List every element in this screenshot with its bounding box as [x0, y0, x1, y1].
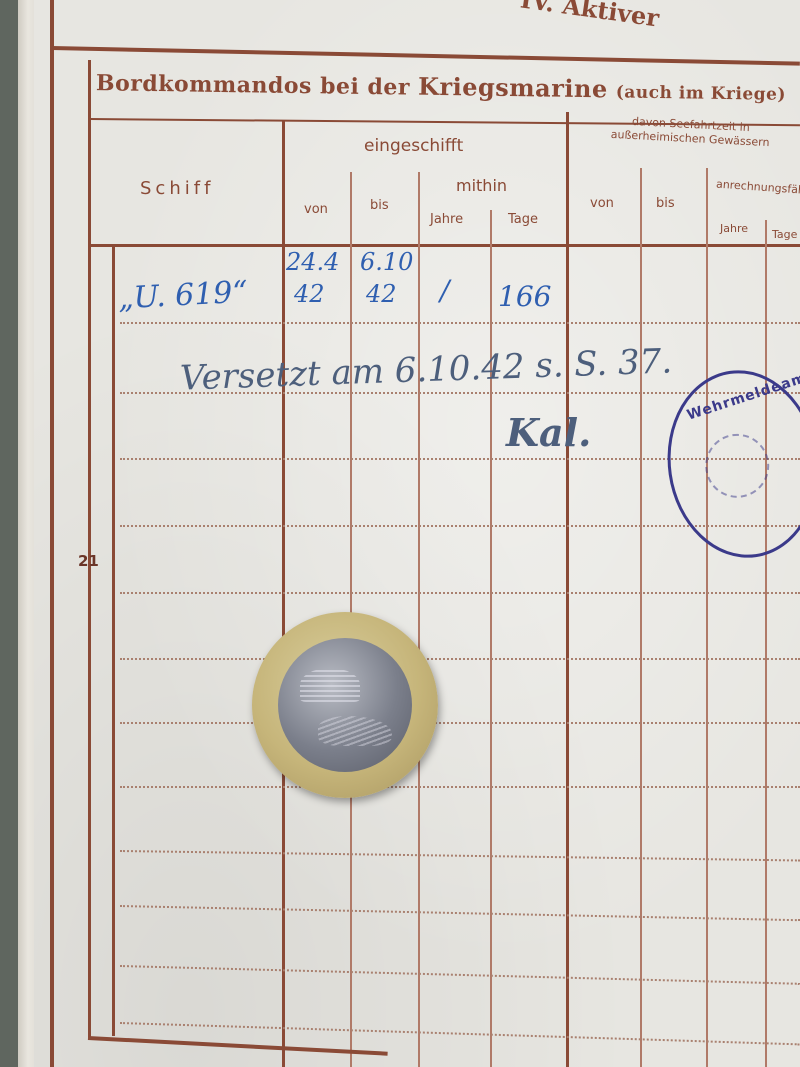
col-line-fw-from — [640, 168, 642, 1067]
header-fw-days: Tage — [772, 228, 797, 241]
title-part3: (auch im Kriege) — [616, 82, 786, 104]
row-line — [120, 786, 800, 788]
row-line — [120, 722, 800, 724]
header-embarked: eingeschifft — [364, 136, 463, 156]
header-fw-from: von — [590, 196, 614, 211]
header-fw-years: Jahre — [720, 222, 748, 235]
header-fw-to: bis — [656, 196, 675, 211]
col-line-years — [490, 210, 492, 1067]
coin-center — [278, 638, 412, 772]
inner-left-border — [88, 60, 91, 1040]
header-bottom-line — [90, 244, 800, 247]
entry-ship: „U. 619“ — [117, 275, 248, 317]
title-part2: Kriegsmarine — [418, 72, 608, 104]
row-number-column-line — [112, 246, 115, 1036]
header-ship: Schiff — [140, 178, 214, 199]
entry-years: / — [440, 274, 449, 307]
entry-from-day: 24.4 — [286, 248, 339, 276]
header-to: bis — [370, 198, 389, 213]
header-days: Tage — [508, 212, 538, 227]
entry-to-year: 42 — [366, 280, 397, 308]
row-line — [120, 322, 800, 324]
header-hence: mithin — [456, 176, 507, 195]
stamp-emblem-placeholder — [701, 430, 773, 502]
row-line — [120, 658, 800, 660]
col-line-to — [418, 172, 420, 1067]
euro-coin — [252, 612, 438, 798]
outer-left-border — [50, 0, 54, 1067]
row-number: 21 — [78, 552, 99, 570]
header-years: Jahre — [430, 212, 463, 227]
col-line-fw-years — [765, 220, 767, 1067]
signature: Kal. — [506, 410, 591, 455]
entry-days: 166 — [498, 280, 551, 313]
title-part1: Bordkommandos bei der — [96, 70, 410, 100]
entry-to-day: 6.10 — [360, 248, 413, 276]
col-line-embarked — [566, 112, 569, 1067]
col-line-fw-to — [706, 168, 708, 1067]
header-from: von — [304, 202, 328, 217]
row-line — [120, 592, 800, 594]
entry-from-year: 42 — [294, 280, 325, 308]
